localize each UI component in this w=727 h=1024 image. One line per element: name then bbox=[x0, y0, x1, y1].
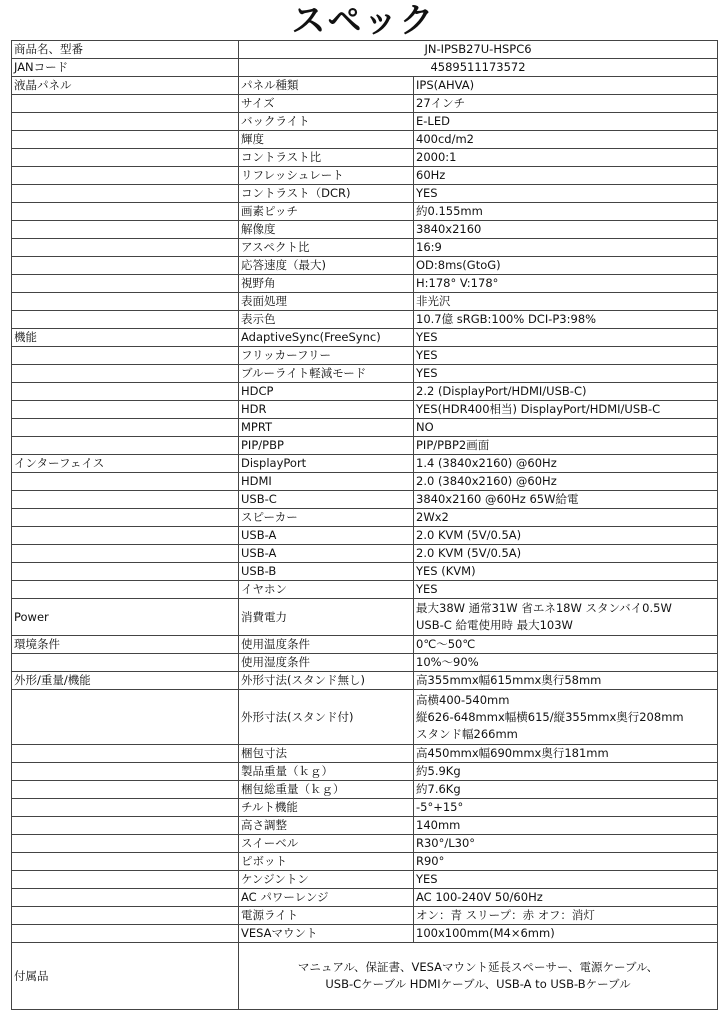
category-cell bbox=[12, 745, 239, 763]
table-row: スイーベルR30°/L30° bbox=[12, 835, 718, 853]
category-cell bbox=[12, 491, 239, 509]
value-cell: YES bbox=[414, 581, 718, 599]
value-cell: AC 100-240V 50/60Hz bbox=[414, 889, 718, 907]
category-cell bbox=[12, 871, 239, 889]
item-cell: ピボット bbox=[239, 853, 414, 871]
item-cell: イヤホン bbox=[239, 581, 414, 599]
category-cell bbox=[12, 835, 239, 853]
table-row: USB-BYES (KVM) bbox=[12, 563, 718, 581]
category-cell bbox=[12, 257, 239, 275]
category-cell bbox=[12, 781, 239, 799]
table-row: 高さ調整140mm bbox=[12, 817, 718, 835]
value-cell: 60Hz bbox=[414, 167, 718, 185]
table-row: 画素ピッチ約0.155mm bbox=[12, 203, 718, 221]
table-row: HDMI2.0 (3840x2160) @60Hz bbox=[12, 473, 718, 491]
category-cell bbox=[12, 437, 239, 455]
item-cell: AC パワーレンジ bbox=[239, 889, 414, 907]
value-cell: YES bbox=[414, 347, 718, 365]
value-cell: IPS(AHVA) bbox=[414, 77, 718, 95]
item-cell: スイーベル bbox=[239, 835, 414, 853]
value-cell: 27インチ bbox=[414, 95, 718, 113]
item-cell: サイズ bbox=[239, 95, 414, 113]
table-row: 梱包総重量（ｋｇ）約7.6Kg bbox=[12, 781, 718, 799]
value-cell: YES bbox=[414, 185, 718, 203]
table-row: 液晶パネルパネル種類IPS(AHVA) bbox=[12, 77, 718, 95]
value-cell: H:178° V:178° bbox=[414, 275, 718, 293]
spec-table: 商品名、型番 JN-IPSB27U-HSPC6 JANコード 458951117… bbox=[11, 40, 718, 1010]
category-cell bbox=[12, 563, 239, 581]
category-cell bbox=[12, 654, 239, 672]
item-cell: PIP/PBP bbox=[239, 437, 414, 455]
value-cell: -5°+15° bbox=[414, 799, 718, 817]
value-cell: オン：青 スリープ：赤 オフ：消灯 bbox=[414, 907, 718, 925]
accessories-label: 付属品 bbox=[12, 943, 239, 1010]
value-line: 縦626-648mmx幅横615/縦355mmx奥行208mm bbox=[416, 709, 715, 726]
category-cell bbox=[12, 185, 239, 203]
category-cell bbox=[12, 293, 239, 311]
item-cell: 消費電力 bbox=[239, 599, 414, 636]
accessories-value: マニュアル、保証書、VESAマウント延長スペーサー、電源ケーブル、USB-Cケー… bbox=[239, 943, 718, 1010]
model-label: 商品名、型番 bbox=[12, 41, 239, 59]
category-cell bbox=[12, 817, 239, 835]
category-cell: 環境条件 bbox=[12, 636, 239, 654]
item-cell: 梱包総重量（ｋｇ） bbox=[239, 781, 414, 799]
table-row: 電源ライトオン：青 スリープ：赤 オフ：消灯 bbox=[12, 907, 718, 925]
value-cell: PIP/PBP2画面 bbox=[414, 437, 718, 455]
category-cell bbox=[12, 113, 239, 131]
table-row: サイズ27インチ bbox=[12, 95, 718, 113]
item-cell: 応答速度（最大) bbox=[239, 257, 414, 275]
table-row-model: 商品名、型番 JN-IPSB27U-HSPC6 bbox=[12, 41, 718, 59]
value-cell: NO bbox=[414, 419, 718, 437]
table-row: 輝度400cd/m2 bbox=[12, 131, 718, 149]
item-cell: 使用湿度条件 bbox=[239, 654, 414, 672]
table-row: HDRYES(HDR400相当) DisplayPort/HDMI/USB-C bbox=[12, 401, 718, 419]
category-cell bbox=[12, 473, 239, 491]
table-row: スピーカー2Wx2 bbox=[12, 509, 718, 527]
table-row: フリッカーフリーYES bbox=[12, 347, 718, 365]
item-cell: USB-A bbox=[239, 527, 414, 545]
value-line: スタンド幅266mm bbox=[416, 726, 715, 743]
item-cell: アスペクト比 bbox=[239, 239, 414, 257]
category-cell bbox=[12, 581, 239, 599]
table-row: VESAマウント100x100mm(M4×6mm) bbox=[12, 925, 718, 943]
item-cell: DisplayPort bbox=[239, 455, 414, 473]
table-row: リフレッシュレート60Hz bbox=[12, 167, 718, 185]
table-row: チルト機能-5°+15° bbox=[12, 799, 718, 817]
table-row: USB-C3840x2160 @60Hz 65W給電 bbox=[12, 491, 718, 509]
table-row: イヤホンYES bbox=[12, 581, 718, 599]
table-row: アスペクト比16:9 bbox=[12, 239, 718, 257]
value-cell: 16:9 bbox=[414, 239, 718, 257]
category-cell bbox=[12, 203, 239, 221]
value-cell: 最大38W 通常31W 省エネ18W スタンバイ0.5WUSB-C 給電使用時 … bbox=[414, 599, 718, 636]
table-row: 表面処理非光沢 bbox=[12, 293, 718, 311]
category-cell bbox=[12, 239, 239, 257]
value-line: 最大38W 通常31W 省エネ18W スタンバイ0.5W bbox=[416, 600, 715, 617]
item-cell: 表面処理 bbox=[239, 293, 414, 311]
category-cell: 液晶パネル bbox=[12, 77, 239, 95]
item-cell: MPRT bbox=[239, 419, 414, 437]
value-cell: YES bbox=[414, 365, 718, 383]
category-cell bbox=[12, 149, 239, 167]
value-cell: 1.4 (3840x2160) @60Hz bbox=[414, 455, 718, 473]
category-cell bbox=[12, 311, 239, 329]
category-cell bbox=[12, 419, 239, 437]
value-cell: 400cd/m2 bbox=[414, 131, 718, 149]
item-cell: 視野角 bbox=[239, 275, 414, 293]
item-cell: USB-B bbox=[239, 563, 414, 581]
item-cell: USB-C bbox=[239, 491, 414, 509]
value-cell: 3840x2160 bbox=[414, 221, 718, 239]
value-cell: R90° bbox=[414, 853, 718, 871]
table-row: ブルーライト軽減モードYES bbox=[12, 365, 718, 383]
value-cell: YES (KVM) bbox=[414, 563, 718, 581]
item-cell: ケンジントン bbox=[239, 871, 414, 889]
category-cell bbox=[12, 799, 239, 817]
category-cell bbox=[12, 889, 239, 907]
value-cell: 3840x2160 @60Hz 65W給電 bbox=[414, 491, 718, 509]
table-row: 外形/重量/機能外形寸法(スタンド無し)高355mmx幅615mmx奥行58mm bbox=[12, 672, 718, 690]
item-cell: AdaptiveSync(FreeSync) bbox=[239, 329, 414, 347]
item-cell: 梱包寸法 bbox=[239, 745, 414, 763]
item-cell: 輝度 bbox=[239, 131, 414, 149]
item-cell: バックライト bbox=[239, 113, 414, 131]
value-line: 高横400-540mm bbox=[416, 692, 715, 709]
value-cell: 2Wx2 bbox=[414, 509, 718, 527]
table-row: 環境条件使用温度条件0℃～50℃ bbox=[12, 636, 718, 654]
category-cell bbox=[12, 275, 239, 293]
table-row: ピボットR90° bbox=[12, 853, 718, 871]
table-row-power: Power消費電力最大38W 通常31W 省エネ18W スタンバイ0.5WUSB… bbox=[12, 599, 718, 636]
category-cell bbox=[12, 925, 239, 943]
table-row: 機能AdaptiveSync(FreeSync)YES bbox=[12, 329, 718, 347]
value-cell: 約7.6Kg bbox=[414, 781, 718, 799]
item-cell: リフレッシュレート bbox=[239, 167, 414, 185]
category-cell bbox=[12, 763, 239, 781]
table-row: AC パワーレンジAC 100-240V 50/60Hz bbox=[12, 889, 718, 907]
table-row: 表示色10.7億 sRGB:100% DCI-P3:98% bbox=[12, 311, 718, 329]
item-cell: パネル種類 bbox=[239, 77, 414, 95]
value-cell: OD:8ms(GtoG) bbox=[414, 257, 718, 275]
table-row: MPRTNO bbox=[12, 419, 718, 437]
category-cell bbox=[12, 167, 239, 185]
item-cell: コントラスト（DCR) bbox=[239, 185, 414, 203]
value-cell: E-LED bbox=[414, 113, 718, 131]
value-cell: 0℃～50℃ bbox=[414, 636, 718, 654]
table-row: コントラスト比2000:1 bbox=[12, 149, 718, 167]
item-cell: 電源ライト bbox=[239, 907, 414, 925]
value-cell: YES(HDR400相当) DisplayPort/HDMI/USB-C bbox=[414, 401, 718, 419]
category-cell: インターフェイス bbox=[12, 455, 239, 473]
table-row: USB-A2.0 KVM (5V/0.5A) bbox=[12, 527, 718, 545]
category-cell: 外形/重量/機能 bbox=[12, 672, 239, 690]
table-row: 製品重量（ｋｇ）約5.9Kg bbox=[12, 763, 718, 781]
jan-value: 4589511173572 bbox=[239, 59, 718, 77]
category-cell bbox=[12, 907, 239, 925]
table-row: 梱包寸法高450mmx幅690mmx奥行181mm bbox=[12, 745, 718, 763]
table-row: PIP/PBPPIP/PBP2画面 bbox=[12, 437, 718, 455]
category-cell bbox=[12, 383, 239, 401]
value-cell: 高355mmx幅615mmx奥行58mm bbox=[414, 672, 718, 690]
value-cell: 140mm bbox=[414, 817, 718, 835]
table-row: USB-A2.0 KVM (5V/0.5A) bbox=[12, 545, 718, 563]
value-line: USB-C 給電使用時 最大103W bbox=[416, 617, 715, 634]
category-cell: Power bbox=[12, 599, 239, 636]
model-value: JN-IPSB27U-HSPC6 bbox=[239, 41, 718, 59]
category-cell bbox=[12, 509, 239, 527]
value-cell: 2.2 (DisplayPort/HDMI/USB-C) bbox=[414, 383, 718, 401]
table-row: インターフェイスDisplayPort1.4 (3840x2160) @60Hz bbox=[12, 455, 718, 473]
item-cell: スピーカー bbox=[239, 509, 414, 527]
value-cell: 2.0 (3840x2160) @60Hz bbox=[414, 473, 718, 491]
category-cell bbox=[12, 347, 239, 365]
category-cell bbox=[12, 527, 239, 545]
value-cell: 約5.9Kg bbox=[414, 763, 718, 781]
category-cell bbox=[12, 131, 239, 149]
value-cell: YES bbox=[414, 871, 718, 889]
table-row: 解像度3840x2160 bbox=[12, 221, 718, 239]
value-cell: 高横400-540mm縦626-648mmx幅横615/縦355mmx奥行208… bbox=[414, 690, 718, 745]
item-cell: VESAマウント bbox=[239, 925, 414, 943]
table-row-accessories: 付属品マニュアル、保証書、VESAマウント延長スペーサー、電源ケーブル、USB-… bbox=[12, 943, 718, 1010]
category-cell bbox=[12, 853, 239, 871]
category-cell bbox=[12, 690, 239, 745]
value-cell: 2.0 KVM (5V/0.5A) bbox=[414, 545, 718, 563]
item-cell: HDMI bbox=[239, 473, 414, 491]
item-cell: フリッカーフリー bbox=[239, 347, 414, 365]
item-cell: コントラスト比 bbox=[239, 149, 414, 167]
item-cell: HDR bbox=[239, 401, 414, 419]
item-cell: 外形寸法(スタンド付) bbox=[239, 690, 414, 745]
table-row: HDCP2.2 (DisplayPort/HDMI/USB-C) bbox=[12, 383, 718, 401]
table-row-stand: 外形寸法(スタンド付)高横400-540mm縦626-648mmx幅横615/縦… bbox=[12, 690, 718, 745]
item-cell: 画素ピッチ bbox=[239, 203, 414, 221]
value-cell: R30°/L30° bbox=[414, 835, 718, 853]
category-cell bbox=[12, 401, 239, 419]
category-cell bbox=[12, 221, 239, 239]
jan-label: JANコード bbox=[12, 59, 239, 77]
accessories-line: USB-Cケーブル HDMIケーブル、USB-A to USB-Bケーブル bbox=[241, 976, 715, 993]
item-cell: HDCP bbox=[239, 383, 414, 401]
item-cell: チルト機能 bbox=[239, 799, 414, 817]
accessories-line: マニュアル、保証書、VESAマウント延長スペーサー、電源ケーブル、 bbox=[241, 959, 715, 976]
table-row: 使用湿度条件10%～90% bbox=[12, 654, 718, 672]
value-cell: 10.7億 sRGB:100% DCI-P3:98% bbox=[414, 311, 718, 329]
category-cell bbox=[12, 95, 239, 113]
value-cell: 高450mmx幅690mmx奥行181mm bbox=[414, 745, 718, 763]
category-cell: 機能 bbox=[12, 329, 239, 347]
item-cell: 使用温度条件 bbox=[239, 636, 414, 654]
item-cell: 表示色 bbox=[239, 311, 414, 329]
item-cell: 外形寸法(スタンド無し) bbox=[239, 672, 414, 690]
category-cell bbox=[12, 365, 239, 383]
table-row: 応答速度（最大)OD:8ms(GtoG) bbox=[12, 257, 718, 275]
table-row-jan: JANコード 4589511173572 bbox=[12, 59, 718, 77]
item-cell: ブルーライト軽減モード bbox=[239, 365, 414, 383]
value-cell: 2000:1 bbox=[414, 149, 718, 167]
table-row: 視野角H:178° V:178° bbox=[12, 275, 718, 293]
page-title: スペック bbox=[0, 0, 727, 40]
value-cell: YES bbox=[414, 329, 718, 347]
item-cell: 製品重量（ｋｇ） bbox=[239, 763, 414, 781]
item-cell: USB-A bbox=[239, 545, 414, 563]
table-row: コントラスト（DCR)YES bbox=[12, 185, 718, 203]
value-cell: 約0.155mm bbox=[414, 203, 718, 221]
value-cell: 10%～90% bbox=[414, 654, 718, 672]
value-cell: 非光沢 bbox=[414, 293, 718, 311]
item-cell: 高さ調整 bbox=[239, 817, 414, 835]
table-row: バックライトE-LED bbox=[12, 113, 718, 131]
table-row: ケンジントンYES bbox=[12, 871, 718, 889]
item-cell: 解像度 bbox=[239, 221, 414, 239]
value-cell: 100x100mm(M4×6mm) bbox=[414, 925, 718, 943]
value-cell: 2.0 KVM (5V/0.5A) bbox=[414, 527, 718, 545]
category-cell bbox=[12, 545, 239, 563]
